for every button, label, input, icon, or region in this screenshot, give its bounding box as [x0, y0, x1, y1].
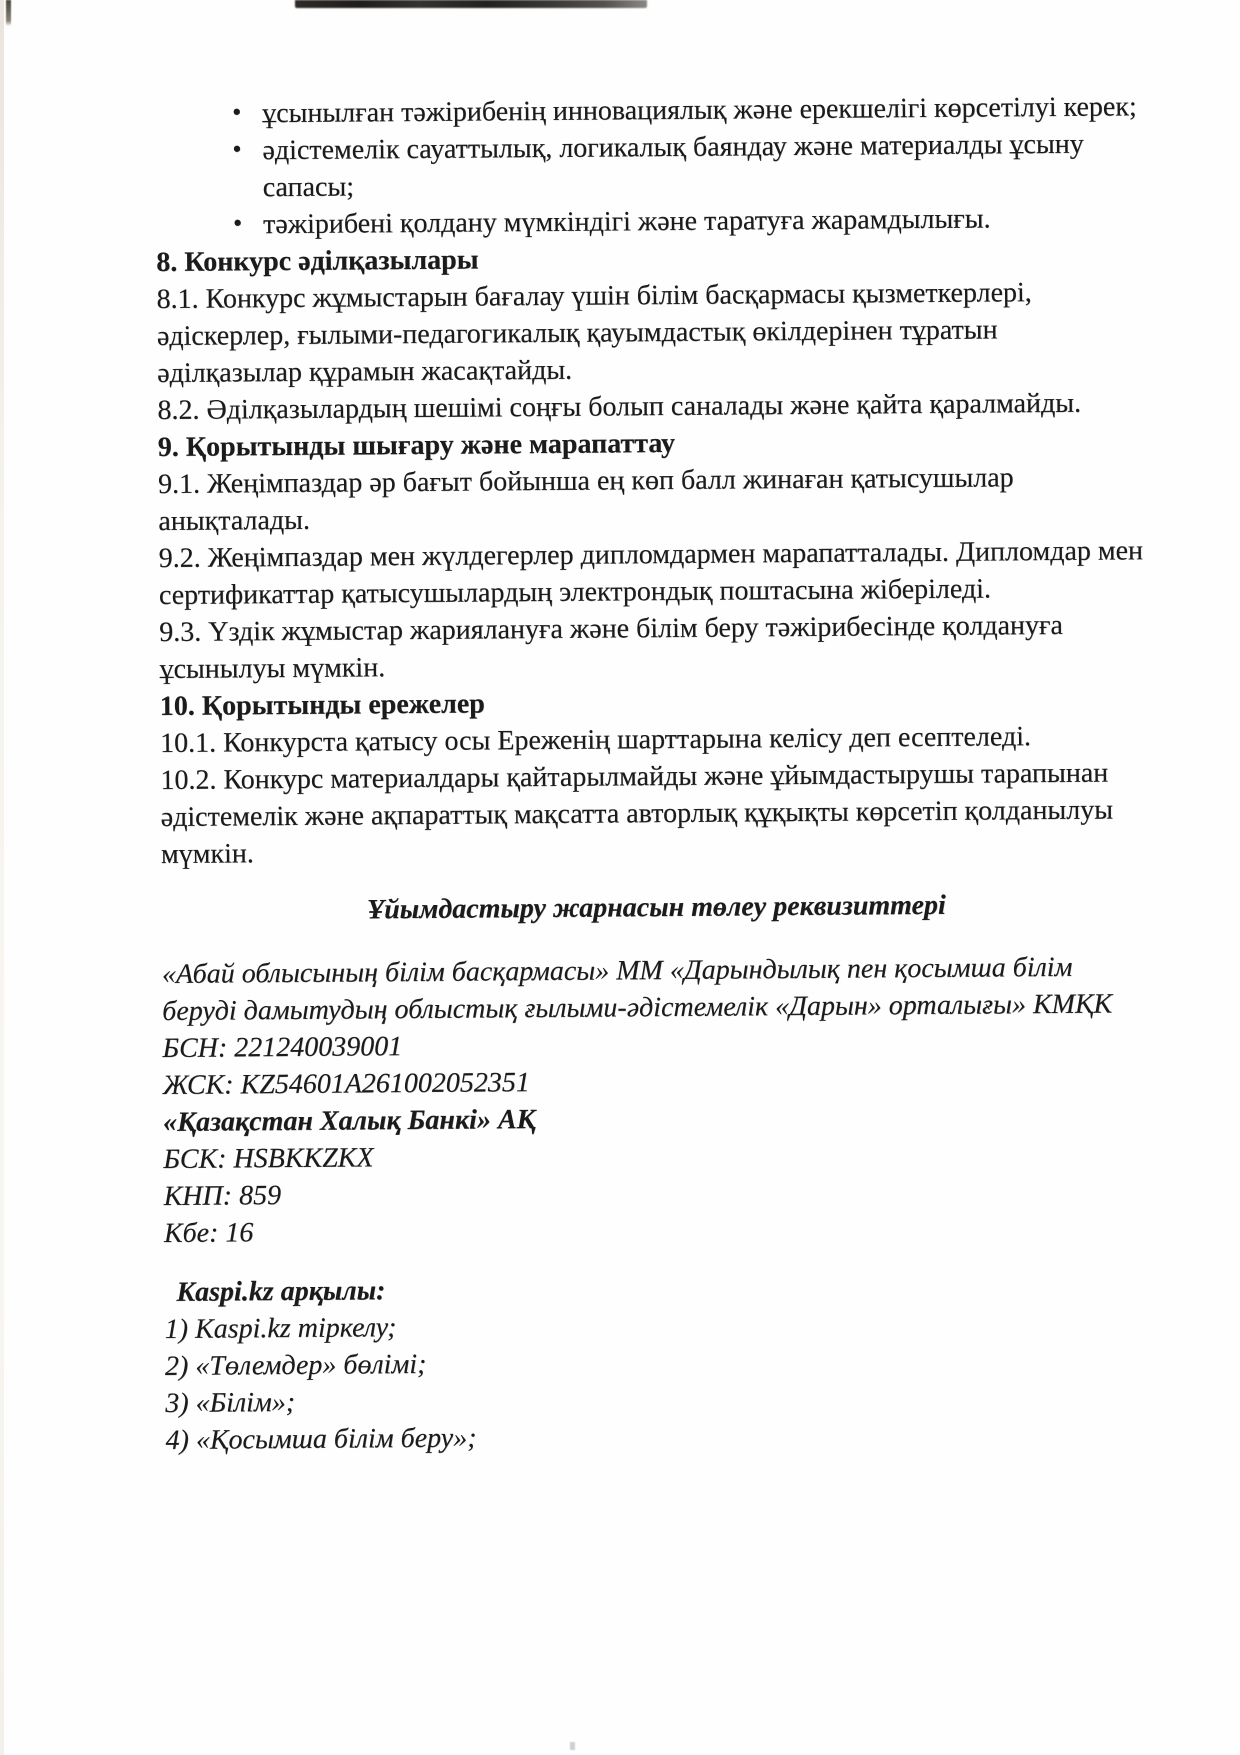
list-item: • әдістемелік сауаттылық, логикалық баян…: [230, 125, 1146, 206]
bullet-text: тәжірибені қолдану мүмкіндігі және тарат…: [263, 203, 991, 240]
scan-artifact-top-bar: [295, 0, 647, 8]
paragraph-8-1: 8.1. Конкурс жұмыстарын бағалау үшін біл…: [156, 273, 1147, 392]
paragraph-10-2: 10.2. Конкурс материалдары қайтарылмайды…: [160, 754, 1151, 873]
paragraph-9-3: 9.3. Үздік жұмыстар жариялануға және біл…: [159, 606, 1150, 688]
list-item: • тәжірибені қолдану мүмкіндігі және тар…: [231, 199, 1146, 243]
scan-edge-shadow: [0, 0, 4, 1755]
bullet-icon: •: [233, 204, 242, 241]
payment-requisites-title: Ұйымдастыру жарнасын төлеу реквизиттері: [161, 885, 1151, 930]
scan-artifact-bottom-mark: [570, 1742, 575, 1750]
bullet-text: әдістемелік сауаттылық, логикалық баянда…: [262, 129, 1084, 203]
bullet-icon: •: [232, 130, 241, 167]
paragraph-9-1: 9.1. Жеңімпаздар әр бағыт бойынша ең көп…: [158, 458, 1149, 540]
bullet-icon: •: [232, 93, 241, 130]
criteria-bullet-list: • ұсынылған тәжірибенің инновациялық жән…: [155, 88, 1146, 244]
payment-kbe: Кбе: 16: [164, 1207, 1154, 1252]
kaspi-step-4: 4) «Қосымша білім беру»;: [165, 1414, 1155, 1459]
paragraph-8-2: 8.2. Әділқазылардың шешімі соңғы болып с…: [157, 384, 1147, 429]
scanned-document-page: • ұсынылған тәжірибенің инновациялық жән…: [0, 0, 1240, 1755]
scan-artifact-left-mark: [6, 0, 11, 26]
payment-organization: «Абай облысының білім басқармасы» ММ «Да…: [162, 948, 1153, 1030]
document-content: • ұсынылған тәжірибенің инновациялық жән…: [155, 88, 1156, 1459]
paragraph-9-2: 9.2. Жеңімпаздар мен жүлдегерлер дипломд…: [158, 532, 1149, 614]
bullet-text: ұсынылған тәжірибенің инновациялық және …: [262, 91, 1137, 129]
